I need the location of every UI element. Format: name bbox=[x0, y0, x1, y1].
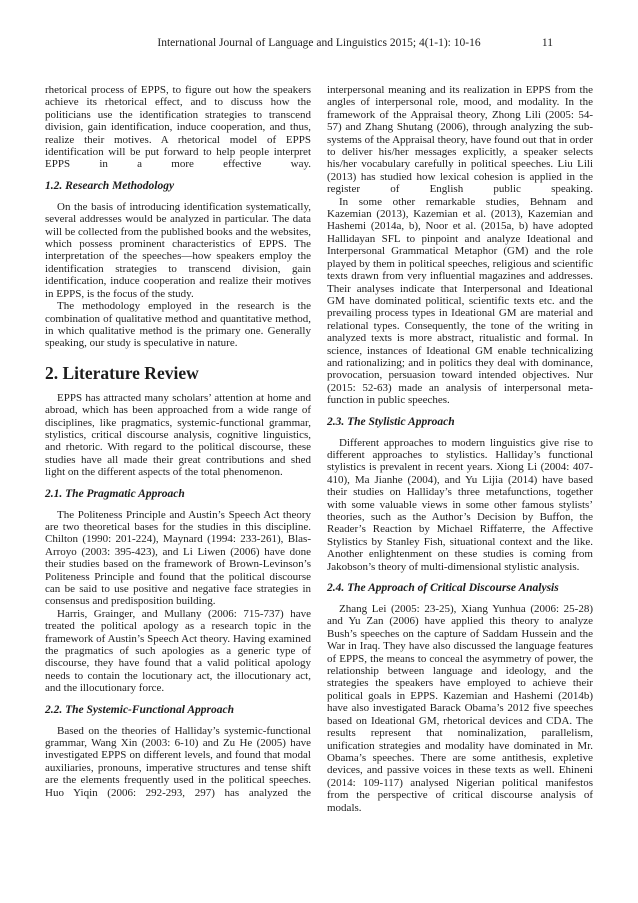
left-column: rhetorical process of EPPS, to figure ou… bbox=[45, 84, 311, 814]
paragraph: The Politeness Principle and Austin’s Sp… bbox=[45, 509, 311, 608]
subsection-heading: 2.3. The Stylistic Approach bbox=[327, 416, 593, 429]
paragraph: In some other remarkable studies, Behnam… bbox=[327, 196, 593, 407]
paragraph: Zhang Lei (2005: 23-25), Xiang Yunhua (2… bbox=[327, 603, 593, 814]
paper-page: International Journal of Language and Li… bbox=[0, 0, 638, 903]
right-column: interpersonal meaning and its realizatio… bbox=[327, 84, 593, 814]
paragraph: rhetorical process of EPPS, to figure ou… bbox=[45, 84, 311, 171]
paragraph: The methodology employed in the research… bbox=[45, 300, 311, 350]
paragraph: interpersonal meaning and its realizatio… bbox=[327, 84, 593, 196]
subsection-heading: 2.4. The Approach of Critical Discourse … bbox=[327, 582, 593, 595]
page-number: 11 bbox=[542, 36, 553, 50]
subsection-heading: 1.2. Research Methodology bbox=[45, 180, 311, 193]
subsection-heading: 2.1. The Pragmatic Approach bbox=[45, 488, 311, 501]
two-column-content: rhetorical process of EPPS, to figure ou… bbox=[45, 84, 593, 814]
paragraph: Based on the theories of Halliday’s syst… bbox=[45, 725, 311, 799]
journal-title-line: International Journal of Language and Li… bbox=[45, 36, 593, 50]
running-head: International Journal of Language and Li… bbox=[45, 36, 593, 50]
paragraph: Different approaches to modern linguisti… bbox=[327, 437, 593, 573]
paragraph: EPPS has attracted many scholars’ attent… bbox=[45, 392, 311, 479]
section-heading: 2. Literature Review bbox=[45, 363, 311, 383]
paragraph: On the basis of introducing identificati… bbox=[45, 201, 311, 300]
paragraph: Harris, Grainger, and Mullany (2006: 715… bbox=[45, 608, 311, 695]
subsection-heading: 2.2. The Systemic-Functional Approach bbox=[45, 704, 311, 717]
